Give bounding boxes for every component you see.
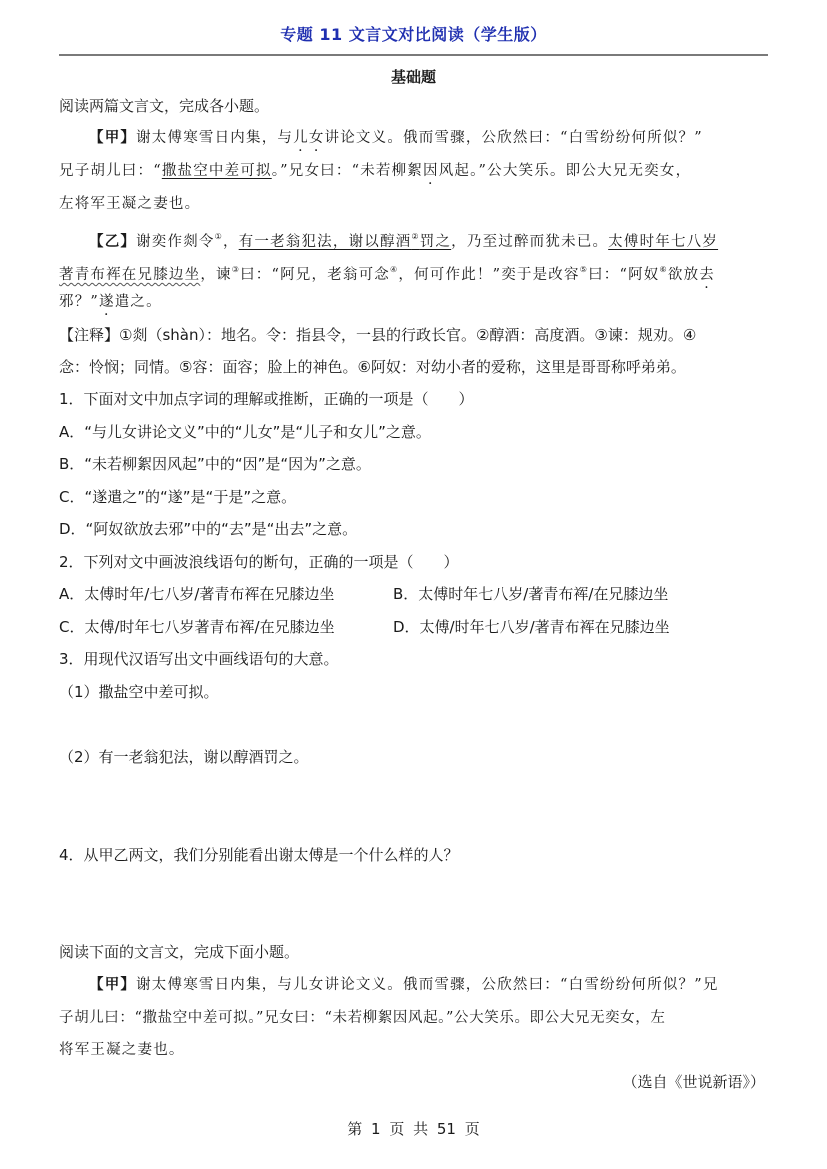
- text: ，: [223, 234, 239, 250]
- jia-passage-line2: 兄子胡儿曰：“撒盐空中差可拟。”兄女曰：“未若柳絮因风起。”公大笑乐。即公大兄无…: [59, 161, 691, 181]
- text: 曰：“阿奴: [588, 267, 659, 283]
- wavy-sentence-part1: 太傅时年七八岁: [608, 234, 718, 250]
- text: 曰：“阿兄，老翁可念: [240, 267, 390, 283]
- question-3-sub-2: （2）有一老翁犯法，谢以醇酒罚之。: [59, 747, 309, 767]
- question-3-stem: 3．用现代汉语写出文中画线语句的大意。: [59, 649, 339, 669]
- underlined-sentence: 撒盐空中差可拟: [162, 163, 272, 179]
- text: 谢太傅寒雪日内集，与儿女讲论文义。俄而雪骤，公欣然曰：“白雪纷纷何所似？”兄: [136, 977, 718, 993]
- question-1-stem: 1．下面对文中加点字词的理解或推断，正确的一项是（ ）: [59, 389, 474, 409]
- footnote-marker: ③: [232, 265, 240, 274]
- footnote-marker: ②: [411, 232, 419, 241]
- question-1-option-b: B．“未若柳絮因风起”中的“因”是“因为”之意。: [59, 454, 371, 474]
- part2-jia-line3: 将军王凝之妻也。: [59, 1040, 185, 1060]
- question-2-option-a: A．太傅时年/七八岁/著青布裈在兄膝边坐: [59, 584, 334, 604]
- text: 遣之。: [115, 294, 162, 310]
- text: 谢太傅寒雪日内集，与: [136, 130, 293, 146]
- jia-passage-line1: 【甲】谢太傅寒雪日内集，与儿女讲论文义。俄而雪骤，公欣然曰：“白雪纷纷何所似？”: [89, 128, 703, 148]
- part1-intro: 阅读两篇文言文，完成各小题。: [59, 96, 269, 116]
- jia-label: 【甲】: [89, 130, 136, 146]
- question-3-sub-1: （1）撒盐空中差可拟。: [59, 682, 219, 702]
- section-title: 基础题: [0, 66, 827, 87]
- header-divider: [59, 54, 768, 56]
- yi-passage-line3: 邪？”遂遣之。: [59, 292, 162, 312]
- underlined-sentence: 有一老翁犯法，谢以醇酒②罚之: [239, 234, 451, 250]
- text: ，乃至过醉而犹未已。: [451, 234, 608, 250]
- text: 邪？”: [59, 294, 99, 310]
- notes-line1: 【注释】①剡（shàn）：地名。令：指县令，一县的行政长官。②醇酒：高度酒。③谏…: [59, 325, 696, 345]
- dotted-char: 女: [309, 130, 325, 146]
- yi-label: 【乙】: [89, 234, 136, 250]
- page-footer: 第 1 页 共 51 页: [0, 1118, 827, 1139]
- footnote-marker: ⑥: [660, 265, 668, 274]
- text: 有一老翁犯法，谢以醇酒: [239, 234, 412, 250]
- question-1-option-c: C．“遂遣之”的“遂”是“于是”之意。: [59, 487, 296, 507]
- question-2-option-c: C．太傅/时年七八岁著青布裈/在兄膝边坐: [59, 617, 335, 637]
- text: 讲论文义。俄而雪骤，公欣然曰：“白雪纷纷何所似？”: [325, 130, 703, 146]
- text: ，何可作此！”奕于是改容: [398, 267, 579, 283]
- question-4-stem: 4．从甲乙两文，我们分别能看出谢太傅是一个什么样的人？: [59, 845, 459, 865]
- dotted-char: 遂: [99, 294, 115, 310]
- dotted-char: 去: [699, 267, 715, 283]
- document-page: 专题 11 文言文对比阅读（学生版） 基础题 阅读两篇文言文，完成各小题。 【甲…: [0, 0, 827, 1169]
- wavy-sentence-part2: 著青布裈在兄膝边坐: [59, 267, 200, 283]
- text: 风起。”公大笑乐。即公大兄无奕女，: [439, 163, 692, 179]
- text: 。”兄女曰：“未若柳絮: [272, 163, 423, 179]
- jia-passage-line3: 左将军王凝之妻也。: [59, 194, 200, 214]
- text: 欲放: [668, 267, 699, 283]
- text: 谢奕作剡令: [136, 234, 215, 250]
- part2-jia-label: 【甲】: [89, 977, 136, 993]
- text: 兄子胡儿曰：“: [59, 163, 162, 179]
- dotted-char: 因: [423, 163, 439, 179]
- notes-line2: 念：怜悯；同情。⑤容：面容；脸上的神色。⑥阿奴：对幼小者的爱称，这里是哥哥称呼弟…: [59, 357, 686, 377]
- text: 罚之: [420, 234, 451, 250]
- question-2-option-d: D．太傅/时年七八岁/著青布裈在兄膝边坐: [393, 617, 670, 637]
- part2-jia-line1: 【甲】谢太傅寒雪日内集，与儿女讲论文义。俄而雪骤，公欣然曰：“白雪纷纷何所似？”…: [89, 975, 719, 995]
- question-1-option-d: D．“阿奴欲放去邪”中的“去”是“出去”之意。: [59, 519, 357, 539]
- question-2-stem: 2．下列对文中画波浪线语句的断句，正确的一项是（ ）: [59, 552, 459, 572]
- dotted-char: 儿: [293, 130, 309, 146]
- footnote-marker: ①: [215, 232, 223, 241]
- part2-intro: 阅读下面的文言文，完成下面小题。: [59, 942, 299, 962]
- question-2-option-b: B．太傅时年七八岁/著青布裈/在兄膝边坐: [393, 584, 668, 604]
- text: ，谏: [200, 267, 231, 283]
- part2-jia-line2: 子胡儿曰：“撒盐空中差可拟。”兄女曰：“未若柳絮因风起。”公大笑乐。即公大兄无奕…: [59, 1008, 665, 1028]
- footnote-marker: ⑤: [580, 265, 588, 274]
- source-citation: （选自《世说新语》）: [622, 1072, 765, 1092]
- yi-passage-line2: 著青布裈在兄膝边坐，谏③曰：“阿兄，老翁可念④，何可作此！”奕于是改容⑤曰：“阿…: [59, 260, 715, 285]
- page-header-title: 专题 11 文言文对比阅读（学生版）: [0, 22, 827, 45]
- question-1-option-a: A．“与儿女讲论文义”中的“儿女”是“儿子和女儿”之意。: [59, 422, 431, 442]
- yi-passage-line1: 【乙】谢奕作剡令①，有一老翁犯法，谢以醇酒②罚之，乃至过醉而犹未已。太傅时年七八…: [89, 227, 718, 252]
